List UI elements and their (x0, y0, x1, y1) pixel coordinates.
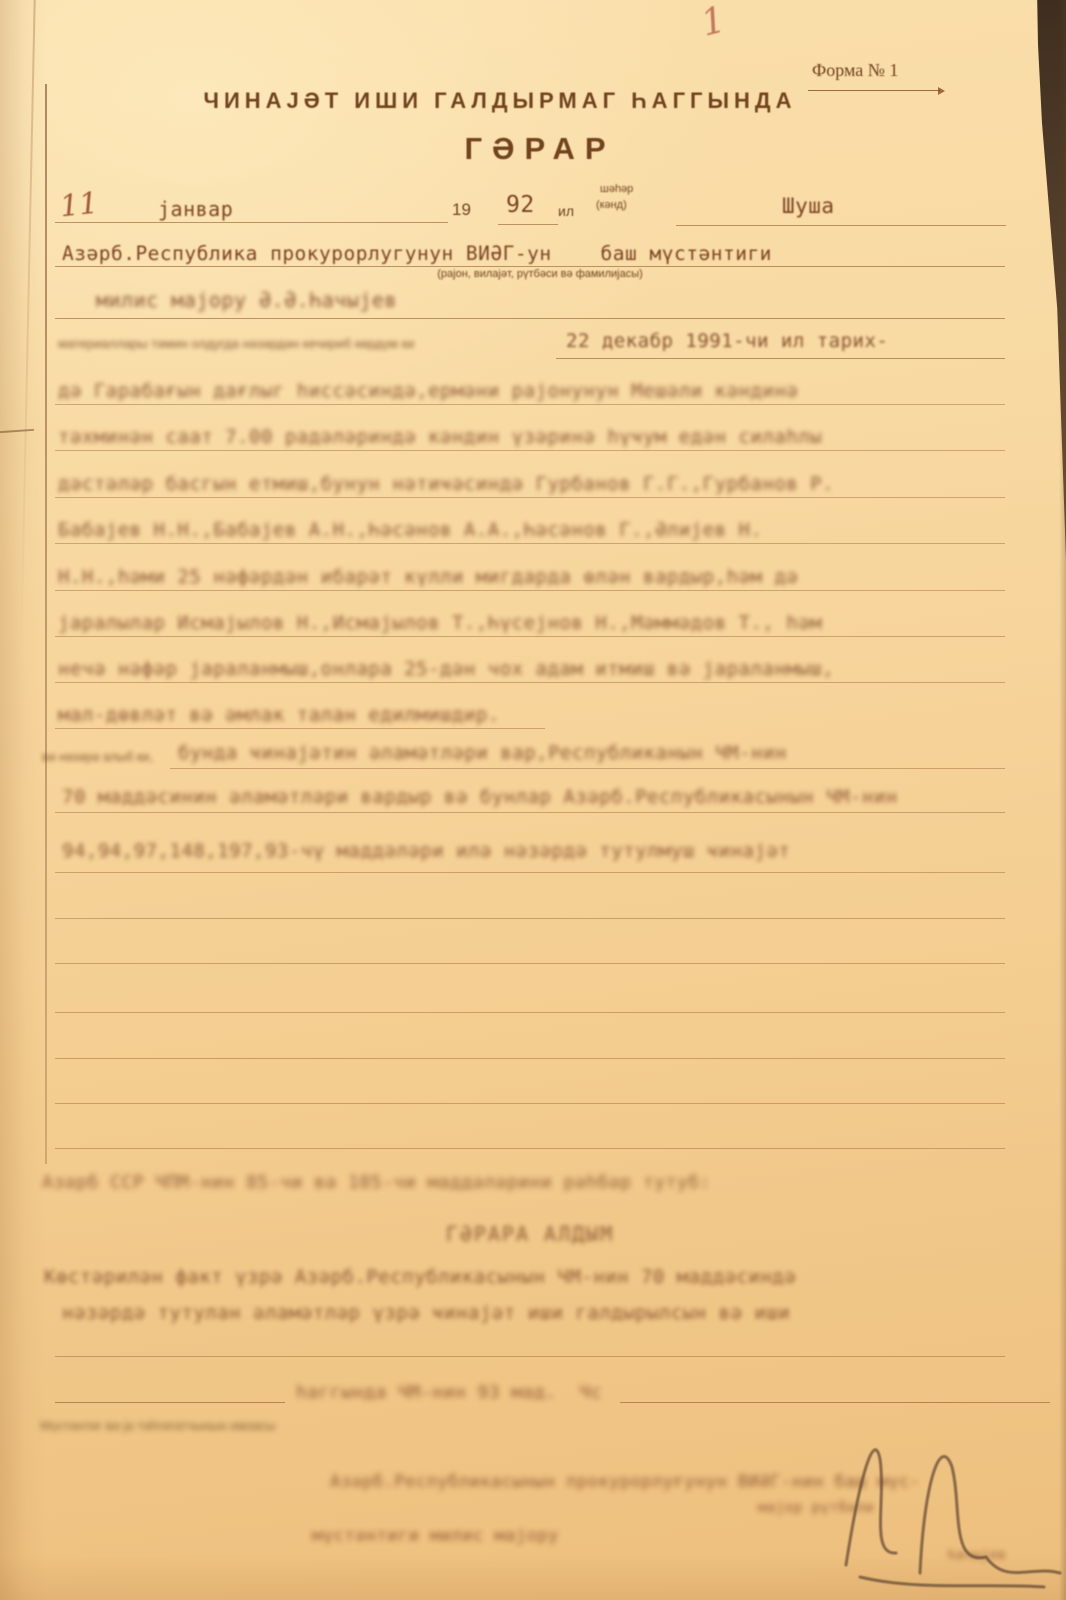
ruled-line (55, 1103, 1005, 1104)
article-line: һаггында ЧМ-нин 93 мад. Чс (296, 1382, 602, 1403)
ruled-line (55, 1356, 1005, 1357)
year-suffix: ил (558, 203, 574, 219)
ruled-line (55, 543, 1005, 544)
form-underline-arrow (938, 87, 945, 95)
issuer-name: милис мајору Ә.Ә.Һачыјев (96, 288, 397, 312)
body-line: дә Гарабағын дағлыг һиссәсиндә,ермәни ра… (58, 380, 798, 402)
date-underline-1 (55, 222, 448, 223)
place-value: Шуша (782, 194, 835, 218)
article-underline-right (620, 1402, 1050, 1403)
ruled-line (55, 1148, 1005, 1149)
decree-title: ГӘРАР (180, 131, 900, 167)
body-intro-underline (556, 358, 1005, 359)
ruled-line (55, 590, 1005, 591)
form-number-label: Форма № 1 (812, 60, 898, 81)
place-label-city: шәһәр (600, 183, 633, 195)
left-margin-rule (45, 84, 47, 1164)
ruled-line (55, 1012, 1005, 1013)
ruled-line (55, 682, 1005, 683)
page-left-shading (0, 0, 46, 1600)
decision-heading: ГӘРАРА АЛДЫМ (380, 1222, 680, 1246)
scanned-decree-photo: 1 Форма № 1 ЧИНАЈӘТ ИШИ ГАЛДЫРМАГ ҺАГГЫН… (0, 0, 1066, 1600)
body-line: нечә нәфәр јараланмыш,онлара 25-дән чох … (58, 658, 834, 680)
body-line: тәхминән саат 7.00 радәләриндә кәндин үз… (58, 426, 822, 449)
decision-line: нәзәрдә тутулан әламәтләр үзрә ҹинајәт и… (62, 1302, 790, 1325)
issuer-hint: (рајон, вилајәт, рүтбәси вә фамилијасы) (320, 268, 760, 280)
investigator-hint: Мүстәнтиг вә ја тәһгигатчынын имзасы (40, 1418, 276, 1433)
ruled-line (55, 1058, 1005, 1059)
finding-line: 94,94,97,148,197,93-чү маддәләри илә нәз… (62, 840, 790, 863)
issuer-underline (55, 266, 1005, 267)
body-line: мал-дөвләт вә әмлак талан едилмишдир. (58, 704, 500, 726)
page-right-edge-shadow (1059, 0, 1066, 1600)
decision-line: Көстәрилән факт үзрә Азәрб.Республикасын… (44, 1266, 796, 1288)
ruled-line (55, 872, 1005, 873)
signature (808, 1415, 1066, 1595)
ruled-line (55, 728, 545, 729)
year-prefix: 19 (452, 200, 471, 220)
ruled-line (55, 918, 1005, 919)
date-underline-3 (676, 225, 1006, 226)
body-line: Н.Н.,һәми 25 нәфәрдән ибарәт күлли мигда… (58, 566, 798, 588)
issuer-line: Азәрб.Республика прокурорлугунун ВИӘГ-ун… (62, 242, 772, 265)
legal-basis-line: Азәрб ССР ЧПМ-нин 85-чи вә 105-чи маддәл… (42, 1172, 711, 1193)
article-underline-left (55, 1402, 285, 1403)
ruled-line (55, 404, 1005, 405)
body-intro-value: 22 декабр 1991-чи ил тарих- (566, 330, 888, 352)
date-day: 11 (58, 186, 100, 225)
ruled-line (170, 768, 1005, 769)
date-underline-2 (498, 224, 558, 225)
finding-line: 70 маддәсинин әламәтләри вардыр вә бунла… (62, 786, 898, 808)
body-line: дәстәләр басгын етмиш,бунун нәтиҹәсиндә … (58, 473, 834, 496)
place-label-village: (кәнд) (596, 199, 627, 211)
ruled-line (55, 963, 1005, 964)
year-value: 92 (506, 192, 535, 218)
ruled-line (55, 450, 1005, 451)
document-title: ЧИНАЈӘТ ИШИ ГАЛДЫРМАГ ҺАГГЫНДА (140, 88, 860, 114)
finding-line: бунда ҹинајәтин әламәтләри вар,Республик… (178, 742, 787, 765)
body-line: Бабајев Н.Н.,Бабајев А.Н.,Һәсәнов А.А.,Һ… (58, 519, 762, 541)
finding-label: вә нәзәрә алыб ки, (42, 750, 153, 764)
issuer-name-underline (55, 318, 1005, 319)
date-month: јанвар (158, 197, 233, 221)
ruled-line (55, 636, 1005, 637)
ruled-line (55, 812, 1005, 813)
body-line: јаралылар Исмајылов Н.,Исмајылов Т.,Һүсе… (58, 612, 822, 634)
body-intro-label: материаллары тәмин олдугда нәзәрдән кечи… (58, 336, 414, 351)
ruled-line (55, 497, 1005, 498)
closing-line: мүстәнтиги милис мајору (312, 1526, 559, 1546)
